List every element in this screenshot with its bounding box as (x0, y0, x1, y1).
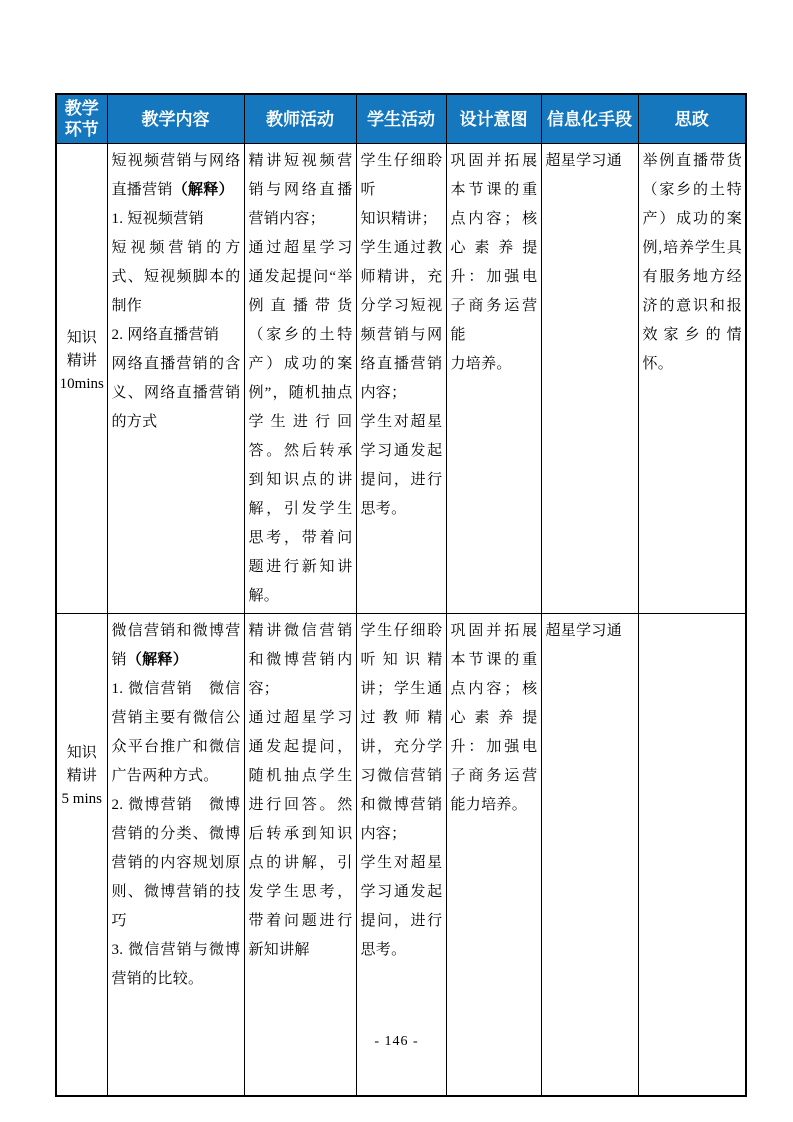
teacher-activity-cell: 精讲微信营销和微博营销内容； 通过超星学习通发起提问，随机抽点学生进行回答。然后… (244, 614, 356, 1097)
ideology-cell (638, 614, 746, 1097)
stage-block: 知识 精讲 5 mins (58, 742, 106, 811)
table-header-row: 教学环节 教学内容 教师活动 学生活动 设计意图 信息化手段 思政 (56, 94, 746, 144)
header-teacher-activity: 教师活动 (244, 94, 356, 144)
student-activity-cell: 学生仔细聆听 知识精讲； 学生通过教师精讲，充分学习短视频营销与网络直播营销内容… (356, 144, 446, 614)
content-cell: 短视频营销与网络直播营销（解释） 1. 短视频营销 短视频营销的方式、短视频脚本… (107, 144, 244, 614)
intent-paragraph: 巩固并拓展本节课的重点内容；核心素养提升：加强电子商务运营能力培养。 (451, 617, 538, 820)
page-number: - 146 - (0, 1033, 793, 1051)
content-intro-annotation: （解释） (127, 652, 188, 668)
stage-duration: 5 mins (58, 788, 106, 811)
content-paragraph: 2. 微博营销 微博营销的分类、微博营销的内容规划原则、微博营销的技巧 (112, 791, 241, 936)
stage-line: 知识 (58, 327, 106, 350)
stage-line: 知识 (58, 742, 106, 765)
content-paragraph: 3. 微信营销与微博营销的比较。 (112, 936, 241, 994)
teacher-paragraph: 精讲微信营销和微博营销内容； (249, 617, 353, 704)
stage-duration: 10mins (58, 373, 106, 396)
it-tools-cell: 超星学习通 (541, 614, 638, 1097)
teacher-paragraph: 通过超星学习通发起提问“举例直播带货（家乡的土特产）成功的案例”，随机抽点学生进… (249, 234, 353, 611)
header-student-activity: 学生活动 (356, 94, 446, 144)
content-paragraph: 网络直播营销的含义、网络直播营销的方式 (112, 350, 241, 437)
header-teaching-stage: 教学环节 (56, 94, 107, 144)
content-cell: 微信营销和微博营销（解释） 1. 微信营销 微信营销主要有微信公众平台推广和微信… (107, 614, 244, 1097)
document-page: 教学环节 教学内容 教师活动 学生活动 设计意图 信息化手段 思政 知识 精讲 … (0, 0, 793, 1122)
student-paragraph: 学生仔细聆听知识精讲；学生通过教师精讲，充分学习微信营销和微博营销内容； (361, 617, 443, 849)
stage-cell: 知识 精讲 10mins (56, 144, 107, 614)
student-paragraph: 学生仔细聆听 (361, 147, 443, 205)
student-paragraph: 学生对超星学习通发起提问，进行思考。 (361, 408, 443, 524)
content-paragraph: 短视频营销的方式、短视频脚本的制作 (112, 234, 241, 321)
design-intent-cell: 巩固并拓展本节课的重点内容；核心素养提升：加强电子商务运营能力培养。 (446, 614, 541, 1097)
content-intro: 微信营销和微博营销（解释） (112, 617, 241, 675)
ideology-paragraph: 举例直播带货（家乡的土特产）成功的案例,培养学生具有服务地方经济的意识和报效家乡… (643, 147, 743, 379)
stage-cell: 知识 精讲 5 mins (56, 614, 107, 1097)
header-ideology: 思政 (638, 94, 746, 144)
it-tool-label: 超星学习通 (546, 147, 635, 176)
content-intro: 短视频营销与网络直播营销（解释） (112, 147, 241, 205)
header-it-tools: 信息化手段 (541, 94, 638, 144)
content-paragraph: 2. 网络直播营销 (112, 321, 241, 350)
teacher-activity-cell: 精讲短视频营销与网络直播营销内容； 通过超星学习通发起提问“举例直播带货（家乡的… (244, 144, 356, 614)
teacher-paragraph: 精讲短视频营销与网络直播营销内容； (249, 147, 353, 234)
student-activity-cell: 学生仔细聆听知识精讲；学生通过教师精讲，充分学习微信营销和微博营销内容； 学生对… (356, 614, 446, 1097)
content-paragraph: 1. 短视频营销 (112, 205, 241, 234)
content-paragraph: 1. 微信营销 微信营销主要有微信公众平台推广和微信广告两种方式。 (112, 675, 241, 791)
teacher-paragraph: 通过超星学习通发起提问，随机抽点学生进行回答。然后转承到知识点的讲解，引发学生思… (249, 704, 353, 965)
it-tool-label: 超星学习通 (546, 617, 635, 646)
header-teaching-content: 教学内容 (107, 94, 244, 144)
content-intro-annotation: （解释） (173, 182, 234, 198)
it-tools-cell: 超星学习通 (541, 144, 638, 614)
intent-paragraph: 力培养。 (451, 350, 538, 379)
lesson-plan-table: 教学环节 教学内容 教师活动 学生活动 设计意图 信息化手段 思政 知识 精讲 … (55, 93, 747, 1097)
stage-line: 精讲 (58, 350, 106, 373)
table-row-knowledge-5mins: 知识 精讲 5 mins 微信营销和微博营销（解释） 1. 微信营销 微信营销主… (56, 614, 746, 1097)
stage-line: 精讲 (58, 765, 106, 788)
student-paragraph: 学生对超星学习通发起提问，进行思考。 (361, 849, 443, 965)
stage-block: 知识 精讲 10mins (58, 327, 106, 396)
header-design-intent: 设计意图 (446, 94, 541, 144)
intent-paragraph: 巩固并拓展本节课的重点内容；核心素养提升：加强电子商务运营能 (451, 147, 538, 350)
ideology-cell: 举例直播带货（家乡的土特产）成功的案例,培养学生具有服务地方经济的意识和报效家乡… (638, 144, 746, 614)
table-row-knowledge-10mins: 知识 精讲 10mins 短视频营销与网络直播营销（解释） 1. 短视频营销 短… (56, 144, 746, 614)
student-paragraph: 学生通过教师精讲，充分学习短视频营销与网络直播营销内容； (361, 234, 443, 408)
design-intent-cell: 巩固并拓展本节课的重点内容；核心素养提升：加强电子商务运营能 力培养。 (446, 144, 541, 614)
student-paragraph: 知识精讲； (361, 205, 443, 234)
